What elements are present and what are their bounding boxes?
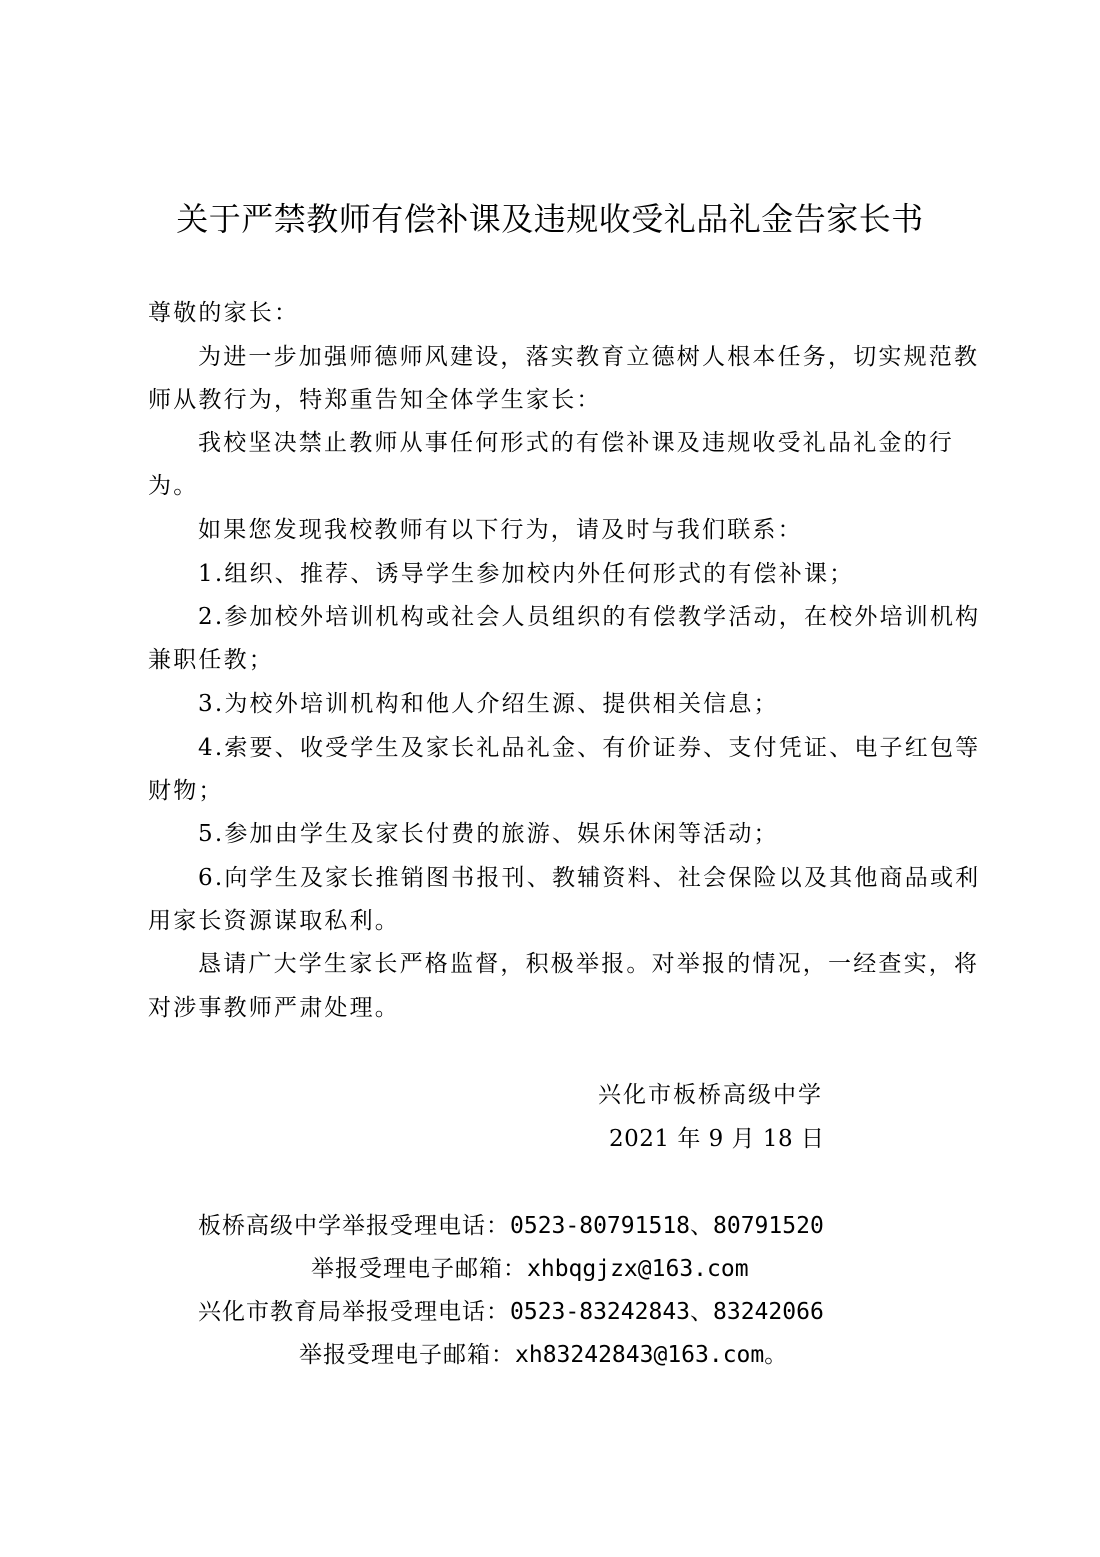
list-item-1-line-1: 1.组织、推荐、诱导学生参加校内外任何形式的有偿补课； (198, 559, 1018, 589)
contact-label: 板桥高级中学举报受理电话： (198, 1213, 510, 1239)
contact-school-email: 举报受理电子邮箱：xhbqgjzx@163.com (311, 1254, 749, 1284)
paragraph-2-line-2: 为。 (148, 471, 968, 501)
signature-date: 2021 年 9 月 18 日 (609, 1124, 825, 1154)
salutation: 尊敬的家长： (148, 298, 968, 328)
contact-value: xhbqgjzx@163.com (527, 1256, 749, 1282)
list-item-6-line-2: 用家长资源谋取私利。 (148, 906, 968, 936)
list-item-3-line-1: 3.为校外培训机构和他人介绍生源、提供相关信息； (198, 689, 1018, 719)
document-page: 关于严禁教师有偿补课及违规收受礼品礼金告家长书 尊敬的家长： 为进一步加强师德师… (0, 0, 1100, 1557)
list-item-2-line-2: 兼职任教； (148, 645, 968, 675)
list-item-2-line-1: 2.参加校外培训机构或社会人员组织的有偿教学活动，在校外培训机构 (198, 602, 1018, 632)
contact-bureau-email: 举报受理电子邮箱：xh83242843@163.com。 (299, 1340, 787, 1370)
list-item-6-line-1: 6.向学生及家长推销图书报刊、教辅资料、社会保险以及其他商品或利 (198, 863, 1018, 893)
contact-label: 兴化市教育局举报受理电话： (198, 1299, 510, 1325)
closing-line-2: 对涉事教师严肃处理。 (148, 993, 968, 1023)
contact-label: 举报受理电子邮箱： (311, 1256, 527, 1282)
contact-value: 0523-83242843、83242066 (510, 1299, 824, 1325)
paragraph-1-line-1: 为进一步加强师德师风建设，落实教育立德树人根本任务，切实规范教 (198, 342, 1018, 372)
contact-school-phone: 板桥高级中学举报受理电话：0523-80791518、80791520 (198, 1211, 824, 1241)
list-item-4-line-2: 财物； (148, 776, 968, 806)
paragraph-1-line-2: 师从教行为，特郑重告知全体学生家长： (148, 385, 968, 415)
closing-line-1: 恳请广大学生家长严格监督，积极举报。对举报的情况，一经查实，将 (198, 949, 1018, 979)
document-title: 关于严禁教师有偿补课及违规收受礼品礼金告家长书 (0, 196, 1100, 242)
contact-value: xh83242843@163.com。 (515, 1342, 787, 1368)
paragraph-2-line-1: 我校坚决禁止教师从事任何形式的有偿补课及违规收受礼品礼金的行 (198, 428, 1018, 458)
list-item-5-line-1: 5.参加由学生及家长付费的旅游、娱乐休闲等活动； (198, 819, 1018, 849)
contact-label: 举报受理电子邮箱： (299, 1342, 515, 1368)
paragraph-3-line-1: 如果您发现我校教师有以下行为，请及时与我们联系： (198, 515, 1018, 545)
contact-bureau-phone: 兴化市教育局举报受理电话：0523-83242843、83242066 (198, 1297, 824, 1327)
contact-value: 0523-80791518、80791520 (510, 1213, 824, 1239)
signature-organization: 兴化市板桥高级中学 (598, 1080, 823, 1110)
list-item-4-line-1: 4.索要、收受学生及家长礼品礼金、有价证券、支付凭证、电子红包等 (198, 733, 1018, 763)
